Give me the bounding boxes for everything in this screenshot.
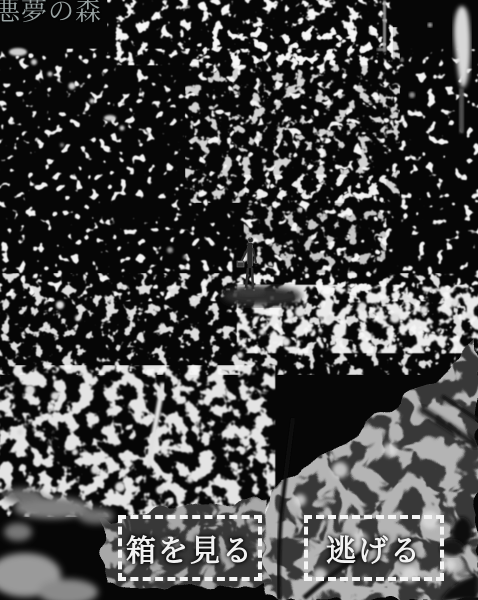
choice-button-run-away[interactable]: 逃げる xyxy=(304,515,444,581)
location-title: 悪夢の森 xyxy=(0,0,102,28)
lower-left-litter xyxy=(0,372,262,510)
forest-scene-art xyxy=(0,0,478,600)
game-screen: 悪夢の森 箱を見る 逃げる xyxy=(0,0,478,600)
choice-button-look-at-box[interactable]: 箱を見る xyxy=(118,515,262,581)
